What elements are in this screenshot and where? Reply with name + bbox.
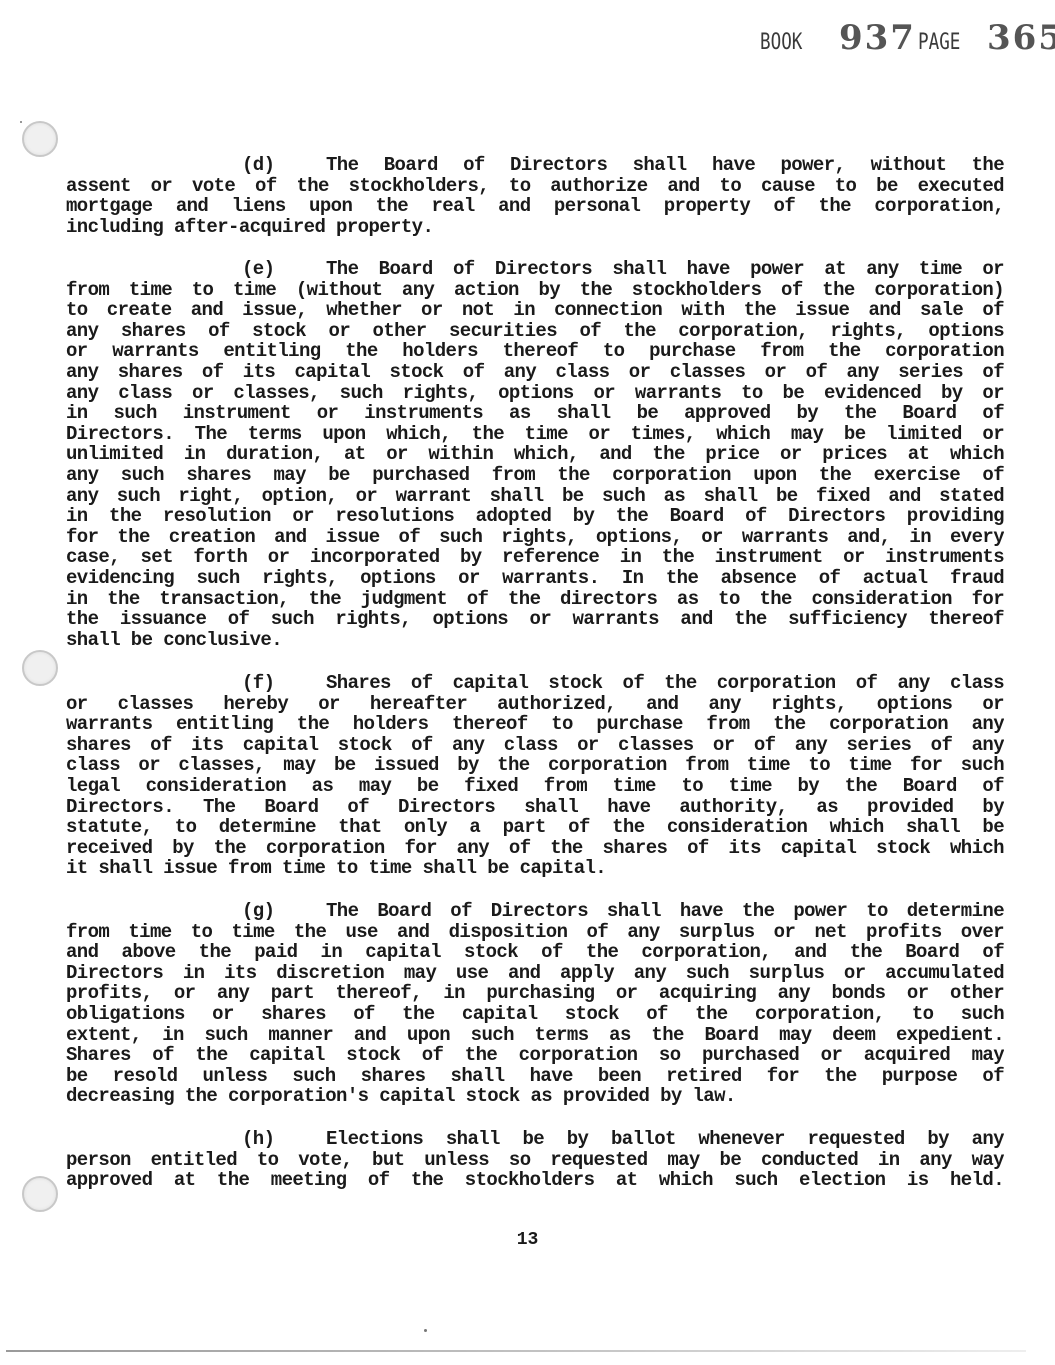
paragraph-f: (f)Shares of capital stock of the corpor… bbox=[66, 673, 1004, 879]
paragraph-g: (g)The Board of Directors shall have the… bbox=[66, 901, 1004, 1107]
clause-label: (e) bbox=[242, 259, 326, 280]
recording-stamp: BOOK 937 PAGE 365 bbox=[760, 18, 1055, 58]
paragraph-e: (e)The Board of Directors shall have pow… bbox=[66, 259, 1004, 650]
paragraph-h: (h)Elections shall be by ballot whenever… bbox=[66, 1129, 1004, 1191]
book-number: 937 bbox=[839, 18, 916, 58]
book-label: BOOK bbox=[760, 30, 802, 55]
hole-punch-icon bbox=[22, 1176, 58, 1212]
clause-label: (h) bbox=[242, 1129, 326, 1150]
hole-punch-icon bbox=[22, 121, 58, 157]
bottom-rule bbox=[6, 1350, 1026, 1352]
hole-punch-icon bbox=[22, 650, 58, 686]
paragraph-d: (d)The Board of Directors shall have pow… bbox=[66, 155, 1004, 237]
scan-speck bbox=[424, 1329, 427, 1332]
clause-label: (d) bbox=[242, 155, 326, 176]
clause-label: (g) bbox=[242, 901, 326, 922]
page-number: 13 bbox=[0, 1230, 1055, 1250]
clause-label: (f) bbox=[242, 673, 326, 694]
page-label: PAGE bbox=[918, 30, 960, 55]
recording-page-number: 365 bbox=[987, 18, 1055, 58]
scan-speck bbox=[20, 121, 22, 123]
